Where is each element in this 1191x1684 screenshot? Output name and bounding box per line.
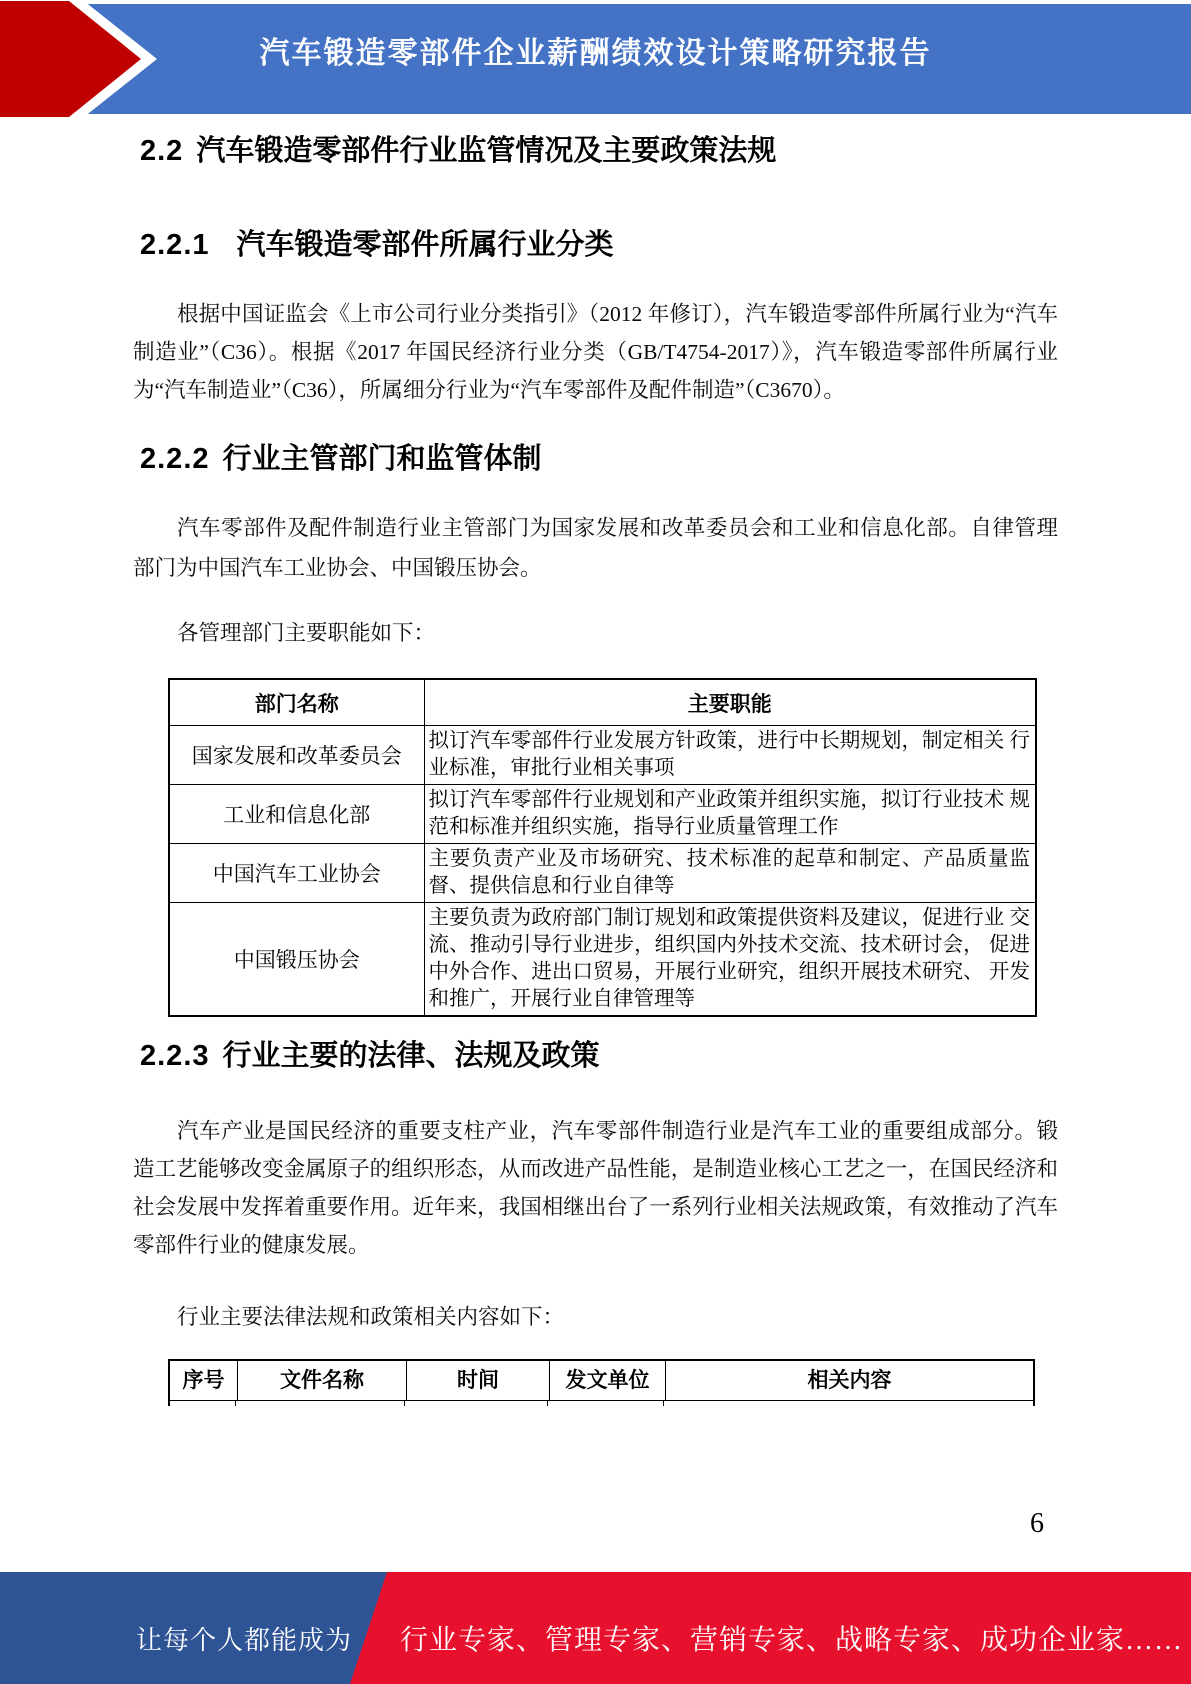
section-heading-2-2: 2.2汽车锻造零部件行业监管情况及主要政策法规: [140, 128, 776, 169]
heading-number: 2.2.3: [140, 1040, 210, 1072]
heading-number: 2.2.1: [140, 229, 210, 261]
page-footer: 让每个人都能成为 行业专家、管理专家、营销专家、战略专家、成功企业家……: [0, 1572, 1191, 1684]
department-name-cell: 中国汽车工业协会: [169, 844, 424, 903]
paragraph-regulators: 汽车零部件及配件制造行业主管部门为国家发展和改革委员会和工业和信息化部。自律管理…: [133, 508, 1058, 588]
heading-number: 2.2: [140, 135, 183, 167]
policy-table-header-row: 序号 文件名称 时间 发文单位 相关内容: [168, 1359, 1035, 1401]
heading-text: 行业主管部门和监管体制: [223, 443, 542, 475]
section-heading-2-2-1: 2.2.1汽车锻造零部件所属行业分类: [140, 222, 614, 263]
paragraph-table2-intro: 行业主要法律法规和政策相关内容如下：: [133, 1298, 1058, 1336]
document-page: 汽车锻造零部件企业薪酬绩效设计策略研究报告 2.2汽车锻造零部件行业监管情况及主…: [0, 0, 1191, 1684]
report-title: 汽车锻造零部件企业薪酬绩效设计策略研究报告: [0, 4, 1191, 114]
footer-slogan-right: 行业专家、管理专家、营销专家、战略专家、成功企业家……: [400, 1572, 1183, 1684]
table-row: 工业和信息化部 拟订汽车零部件行业规划和产业政策并组织实施，拟订行业技术 规范和…: [169, 785, 1036, 844]
policy-table-cutoff-row: [168, 1401, 1035, 1406]
paragraph-table1-intro: 各管理部门主要职能如下：: [133, 614, 1058, 652]
paragraph-industry-classification: 根据中国证监会《上市公司行业分类指引》（2012 年修订），汽车锻造零部件所属行…: [133, 295, 1058, 409]
table-row: 中国锻压协会 主要负责为政府部门制订规划和政策提供资料及建议，促进行业 交流、推…: [169, 903, 1036, 1017]
policy-table: 序号 文件名称 时间 发文单位 相关内容: [168, 1359, 1035, 1406]
table-row: 国家发展和改革委员会 拟订汽车零部件行业发展方针政策，进行中长期规划，制定相关 …: [169, 726, 1036, 785]
report-header-band: 汽车锻造零部件企业薪酬绩效设计策略研究报告: [0, 4, 1191, 114]
department-duty-cell: 拟订汽车零部件行业规划和产业政策并组织实施，拟订行业技术 规范和标准并组织实施，…: [424, 785, 1036, 844]
column-header-index: 序号: [170, 1361, 238, 1400]
column-header-department: 部门名称: [169, 679, 424, 726]
heading-text: 汽车锻造零部件行业监管情况及主要政策法规: [196, 135, 776, 167]
heading-text: 行业主要的法律、法规及政策: [223, 1040, 600, 1072]
page-number: 6: [1030, 1508, 1044, 1540]
department-duty-cell: 主要负责为政府部门制订规划和政策提供资料及建议，促进行业 交流、推动引导行业进步…: [424, 903, 1036, 1017]
column-header-document: 文件名称: [238, 1361, 407, 1400]
heading-text: 汽车锻造零部件所属行业分类: [237, 229, 614, 261]
column-header-date: 时间: [407, 1361, 550, 1400]
department-name-cell: 国家发展和改革委员会: [169, 726, 424, 785]
heading-number: 2.2.2: [140, 443, 210, 475]
column-header-content: 相关内容: [666, 1361, 1033, 1400]
paragraph-policy-overview: 汽车产业是国民经济的重要支柱产业，汽车零部件制造行业是汽车工业的重要组成部分。锻…: [133, 1112, 1058, 1264]
column-header-duty: 主要职能: [424, 679, 1036, 726]
section-heading-2-2-3: 2.2.3行业主要的法律、法规及政策: [140, 1033, 600, 1074]
department-duty-cell: 拟订汽车零部件行业发展方针政策，进行中长期规划，制定相关 行业标准，审批行业相关…: [424, 726, 1036, 785]
department-name-cell: 工业和信息化部: [169, 785, 424, 844]
table-row: 中国汽车工业协会 主要负责产业及市场研究、技术标准的起草和制定、产品质量监 督、…: [169, 844, 1036, 903]
footer-slogan-left: 让每个人都能成为: [140, 1572, 352, 1684]
department-duty-table: 部门名称 主要职能 国家发展和改革委员会 拟订汽车零部件行业发展方针政策，进行中…: [168, 678, 1037, 1017]
table-header-row: 部门名称 主要职能: [169, 679, 1036, 726]
department-name-cell: 中国锻压协会: [169, 903, 424, 1017]
department-duty-cell: 主要负责产业及市场研究、技术标准的起草和制定、产品质量监 督、提供信息和行业自律…: [424, 844, 1036, 903]
column-header-issuer: 发文单位: [550, 1361, 666, 1400]
section-heading-2-2-2: 2.2.2行业主管部门和监管体制: [140, 436, 542, 477]
